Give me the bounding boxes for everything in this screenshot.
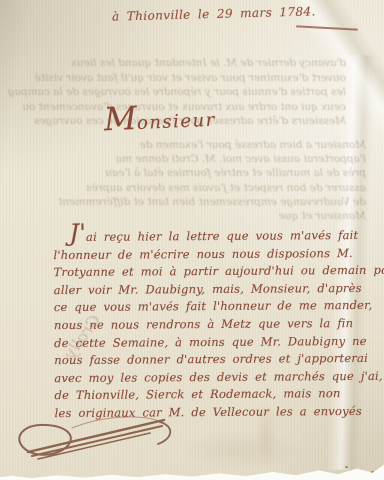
bleedthrough-line: l'apporterai aussi avec moi. M. Croti do…: [8, 152, 366, 166]
paper-speck: [371, 471, 374, 473]
bleedthrough-line: ouvert d'examiner pour aviser et voir qu…: [8, 71, 346, 86]
dateline: à Thionville le 29 mars 1784.: [112, 4, 316, 23]
body-line: aller voir Mr. Daubigny, mais, Monsieur,…: [54, 280, 370, 300]
body-line: avec moy les copies des devis et marchés…: [54, 368, 370, 388]
body-line: ce que vous m'avés fait l'honneur de me …: [54, 297, 370, 317]
bleedthrough-line: Monsieur et que: [8, 209, 366, 223]
dateline-underline-stroke: [296, 25, 358, 30]
salutation: Monsieur: [103, 96, 216, 139]
scan-background: { "scan": { "paper_color": "#eae3d1", "i…: [0, 0, 384, 480]
paper-stain: [180, 430, 300, 470]
bleedthrough-line: assurer de bon respect et j'avois mes de…: [8, 181, 366, 195]
body-line: l'honneur de m'écrire nous nous disposio…: [53, 244, 369, 264]
ink-flourish: [12, 406, 177, 464]
body-line: de cette Semaine, à moins que Mr. Daubig…: [54, 332, 370, 352]
letter-body: J'ai reçu hier la lettre que vous m'avés…: [53, 223, 370, 423]
paper-speck: [345, 466, 348, 468]
paper-speck: [358, 469, 361, 471]
bleedthrough-line: Monsieur a bien adressé pour l'examen de: [8, 138, 366, 152]
body-line: de Thionville, Sierck et Rodemack, mais …: [54, 385, 370, 405]
bleedthrough-line: près de la muraille et entrée fournies é…: [8, 166, 366, 180]
body-line: nous ne nous rendrons à Metz que vers la…: [54, 315, 370, 335]
body-line: Trotyanne et moi à partir aujourd'hui ou…: [54, 262, 370, 282]
bleedthrough-line: d'avancy dernier de M. le Intendant quan…: [8, 56, 346, 71]
body-line: nous fasse donner d'autres ordres et j'a…: [54, 350, 370, 370]
bleedthrough-text-middle: Monsieur a bien adressé pour l'examen de…: [8, 138, 366, 223]
bleedthrough-line: de Vaudrevange empressement bien tant et…: [8, 195, 366, 209]
letter-paper: d'avancy dernier de M. le Intendant quan…: [0, 0, 384, 480]
body-line: J'ai reçu hier la lettre que vous m'avés…: [69, 223, 369, 247]
